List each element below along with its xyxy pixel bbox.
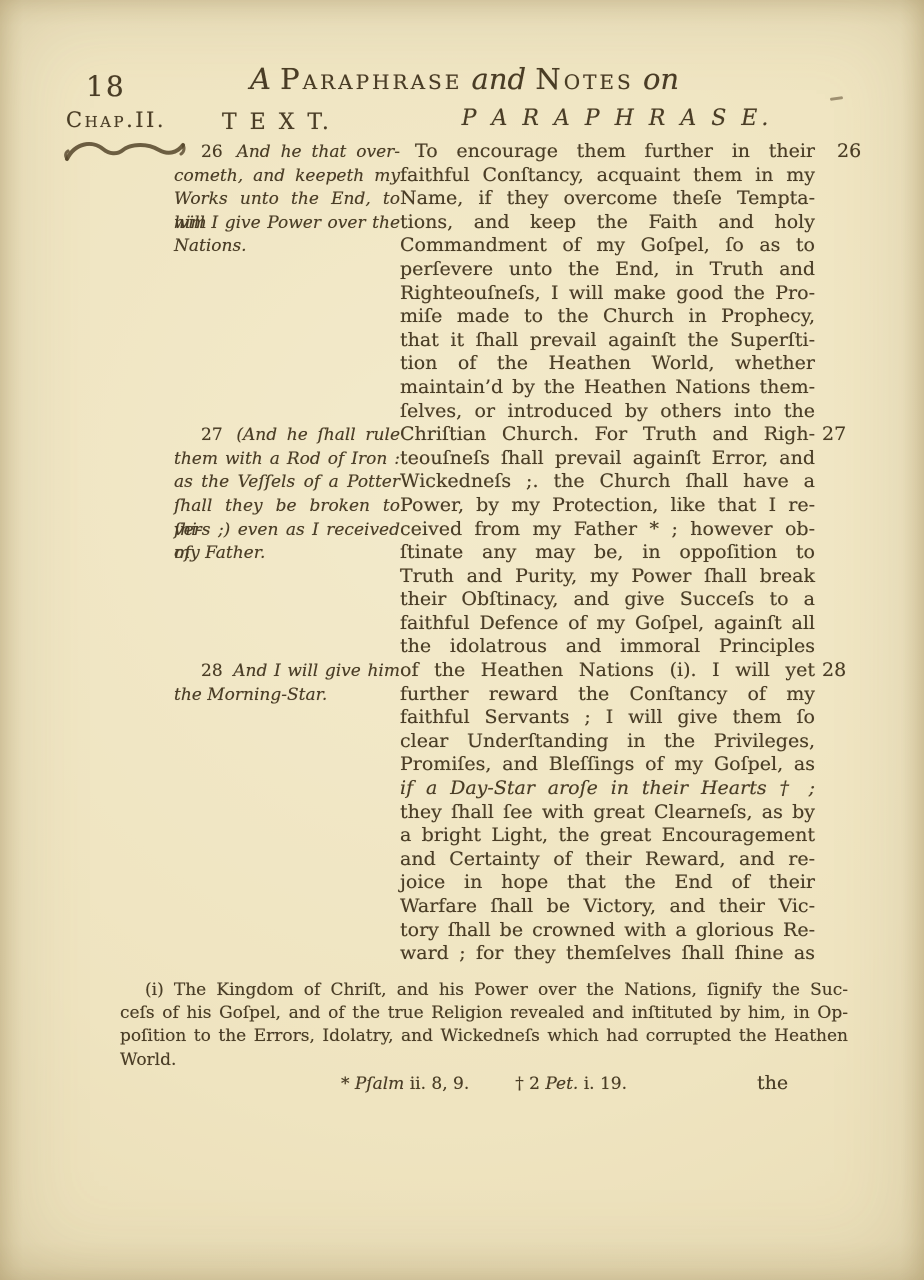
footnote-reference-segment: Pet.: [545, 1074, 578, 1094]
paraphrase-line: of the Heathen Nations (i). I will yet28: [400, 659, 815, 683]
paraphrase-line: faithful Defence of my Goſpel, againſt a…: [400, 612, 815, 636]
paraphrase-line: Power, by my Protection, like that I re-: [400, 494, 815, 518]
running-title-segment: Paraphrase: [280, 62, 462, 96]
footnote-line: (i) The Kingdom of Chriſt, and his Power…: [120, 979, 848, 1002]
text-column: 26 And he that over-cometh, and keepeth …: [174, 141, 400, 971]
running-title-segment: and: [462, 62, 535, 96]
running-title-segment: A: [250, 62, 280, 96]
verse-27: 27 (And he ſhall rulethem with a Rod of …: [174, 424, 400, 566]
paraphrase-line: faithful Conſtancy, acquaint them in my: [400, 164, 815, 188]
paraphrase-column: To encourage them further in their26fait…: [400, 140, 815, 966]
verse-line: 27 (And he ſhall rule: [174, 424, 400, 448]
chapter-flourish-ornament: [62, 136, 188, 168]
ink-smudge-mark: [830, 96, 843, 101]
paraphrase-line: Name, if they overcome theſe Tempta-: [400, 187, 815, 211]
paraphrase-line: Chriſtian Church. For Truth and Righ-27: [400, 423, 815, 447]
paraphrase-line: miſe made to the Church in Prophecy,: [400, 305, 815, 329]
text-column-header: T E X T.: [222, 110, 332, 135]
verse-line: them with a Rod of Iron :: [174, 448, 400, 472]
paraphrase-line: if a Day-Star aroſe in their Hearts † ;: [400, 777, 815, 801]
paraphrase-line: Warfare ſhall be Victory, and their Vic-: [400, 895, 815, 919]
paraphrase-line: ſelves, or introduced by others into the: [400, 400, 815, 424]
margin-verse-number: 27: [822, 423, 846, 447]
paraphrase-line: perſevere unto the End, in Truth and: [400, 258, 815, 282]
paraphrase-line: that it ſhall prevail againſt the Superſ…: [400, 329, 815, 353]
verse-line: ſhall they be broken to ſhi-: [174, 495, 400, 519]
paraphrase-line: joice in hope that the End of their: [400, 871, 815, 895]
chapter-label: Chap.II.: [66, 108, 166, 132]
verse-line: 28 And I will give him: [174, 660, 400, 684]
running-title-segment: Notes: [535, 62, 633, 96]
verse-26: 26 And he that over-cometh, and keepeth …: [174, 141, 400, 259]
paraphrase-line: tion of the Heathen World, whether: [400, 352, 815, 376]
paraphrase-line: Promiſes, and Bleſſings of my Goſpel, as: [400, 753, 815, 777]
footnote: (i) The Kingdom of Chriſt, and his Power…: [120, 979, 848, 1096]
footnote-reference-segment: *: [341, 1074, 355, 1094]
book-page: 18 A Paraphrase and Notes on Chap.II. T …: [0, 0, 924, 1280]
running-title: A Paraphrase and Notes on: [250, 62, 679, 96]
footnote-line: World.: [120, 1049, 848, 1072]
verse-line: will I give Power over the: [174, 212, 400, 236]
verse-number: 28: [201, 661, 227, 681]
verse-line: my Father.: [174, 542, 400, 566]
footnote-references: * Pſalm ii. 8, 9.† 2 Pet. i. 19.: [120, 1073, 848, 1096]
paraphrase-column-header: P A R A P H R A S E.: [452, 106, 782, 131]
paraphrase-line: faithful Servants ; I will give them ſo: [400, 706, 815, 730]
verse-number: 26: [201, 142, 227, 162]
footnote-reference-segment: Pſalm: [355, 1074, 404, 1094]
paraphrase-line: maintain’d by the Heathen Nations them-: [400, 376, 815, 400]
footnote-reference-segment: i. 19.: [578, 1074, 627, 1094]
paraphrase-line: teouſneſs ſhall prevail againſt Error, a…: [400, 447, 815, 471]
verse-28: 28 And I will give himthe Morning-Star.: [174, 660, 400, 707]
paraphrase-line: they ſhall ſee with great Clearneſs, as …: [400, 801, 815, 825]
paraphrase-line: their Obſtinacy, and give Succeſs to a: [400, 588, 815, 612]
verse-line: vers ;) even as I received of: [174, 519, 400, 543]
verse-line: cometh, and keepeth my: [174, 165, 400, 189]
paraphrase-line: ward ; for they themſelves ſhall ſhine a…: [400, 942, 815, 966]
paraphrase-line: tions, and keep the Faith and holy: [400, 211, 815, 235]
paraphrase-line: a bright Light, the great Encouragement: [400, 824, 815, 848]
footnote-line: poſition to the Errors, Idolatry, and Wi…: [120, 1025, 848, 1048]
margin-verse-number: 28: [822, 659, 846, 683]
paraphrase-line: tory ſhall be crowned with a glorious Re…: [400, 919, 815, 943]
paraphrase-line: clear Underſtanding in the Privileges,: [400, 730, 815, 754]
catchword: the: [757, 1072, 788, 1094]
verse-line: 26 And he that over-: [174, 141, 400, 165]
paraphrase-line: Wickedneſs ;. the Church ſhall have a: [400, 470, 815, 494]
footnote-reference-segment: ii. 8, 9.: [404, 1074, 469, 1094]
paraphrase-line: and Certainty of their Reward, and re-: [400, 848, 815, 872]
paraphrase-line: Truth and Purity, my Power ſhall break: [400, 565, 815, 589]
footnote-reference-segment: † 2: [515, 1074, 545, 1094]
running-title-segment: on: [634, 62, 679, 96]
paraphrase-line: Commandment of my Goſpel, ſo as to: [400, 234, 815, 258]
footnote-line: ceſs of his Goſpel, and of the true Reli…: [120, 1002, 848, 1025]
paraphrase-line: To encourage them further in their26: [400, 140, 815, 164]
verse-line: Works unto the End, to him: [174, 188, 400, 212]
paraphrase-line: further reward the Conſtancy of my: [400, 683, 815, 707]
verse-number: 27: [201, 425, 227, 445]
footnote-body: (i) The Kingdom of Chriſt, and his Power…: [120, 979, 848, 1072]
verse-line: as the Veſſels of a Potter: [174, 471, 400, 495]
margin-verse-number: 26: [822, 140, 861, 164]
paraphrase-line: ceived from my Father * ; however ob-: [400, 518, 815, 542]
verse-line: Nations.: [174, 235, 400, 259]
page-number: 18: [86, 70, 126, 103]
verse-line: the Morning-Star.: [174, 684, 400, 708]
paraphrase-line: Righteouſneſs, I will make good the Pro-: [400, 282, 815, 306]
paraphrase-line: the idolatrous and immoral Principles: [400, 635, 815, 659]
paraphrase-line: ſtinate any may be, in oppoſition to: [400, 541, 815, 565]
